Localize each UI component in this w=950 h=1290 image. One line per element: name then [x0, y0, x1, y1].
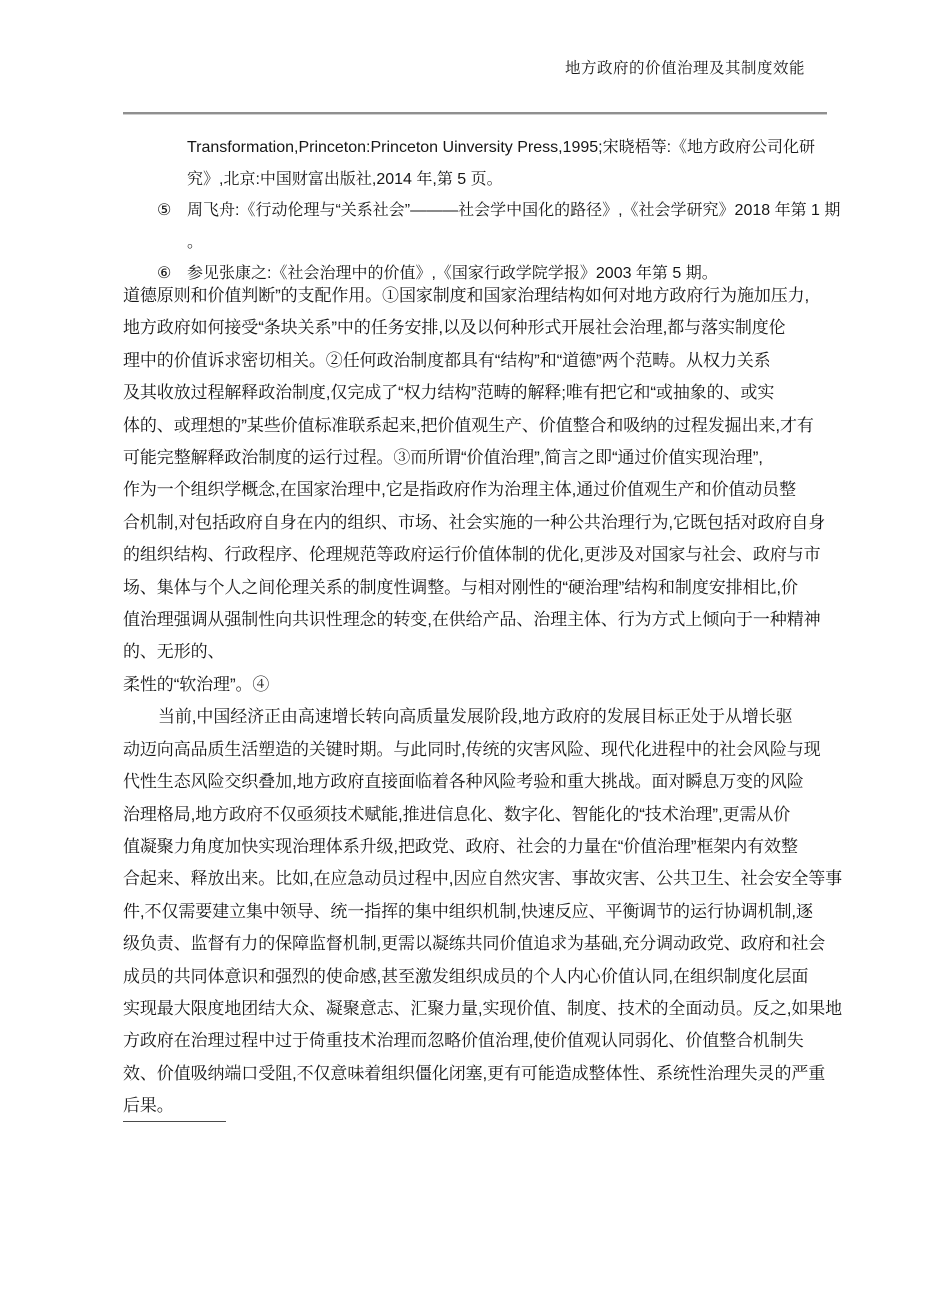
- body-text-block: 道德原则和价值判断”的支配作用。①国家制度和国家治理结构如何对地方政府行为施加压…: [123, 280, 843, 1123]
- body-text-line: 柔性的“软治理”。④: [123, 669, 843, 701]
- body-text-line: 场、集体与个人之间伦理关系的制度性调整。与相对刚性的“硬治理”结构和制度安排相比…: [123, 572, 843, 604]
- footnote-text: Transformation,Princeton:Princeton Uinve…: [187, 139, 815, 156]
- footnote-text: 周飞舟:《行动伦理与“关系社会”———社会学中国化的路径》,《社会学研究》201…: [187, 202, 840, 219]
- body-text-line: 成员的共同体意识和强烈的使命感,甚至激发组织成员的个人内心价值认同,在组织制度化…: [123, 961, 843, 993]
- footnote-marker: ⑤: [157, 195, 171, 227]
- body-text-line: 值治理强调从强制性向共识性理念的转变,在供给产品、治理主体、行为方式上倾向于一种…: [123, 604, 843, 636]
- body-text-line: 合起来、释放出来。比如,在应急动员过程中,因应自然灾害、事故灾害、公共卫生、社会…: [123, 863, 843, 895]
- body-text-line: 动迈向高品质生活塑造的关键时期。与此同时,传统的灾害风险、现代化进程中的社会风险…: [123, 734, 843, 766]
- footnote-line: 究》,北京:中国财富出版社,2014 年,第 5 页。: [123, 164, 839, 196]
- body-text-line: 值凝聚力角度加快实现治理体系升级,把政党、政府、社会的力量在“价值治理”框架内有…: [123, 831, 843, 863]
- body-text-line: 件,不仅需要建立集中领导、统一指挥的集中组织机制,快速反应、平衡调节的运行协调机…: [123, 896, 843, 928]
- footnotes-section: Transformation,Princeton:Princeton Uinve…: [123, 132, 839, 290]
- body-text-line: 理中的价值诉求密切相关。②任何政治制度都具有“结构”和“道德”两个范畴。从权力关…: [123, 345, 843, 377]
- body-text-line: 当前,中国经济正由高速增长转向高质量发展阶段,地方政府的发展目标正处于从增长驱: [123, 701, 843, 733]
- body-text-line: 代性生态风险交织叠加,地方政府直接面临着各种风险考验和重大挑战。面对瞬息万变的风…: [123, 766, 843, 798]
- document-page: 地方政府的价值治理及其制度效能 Transformation,Princeton…: [0, 0, 950, 1290]
- footnote-separator-rule: [123, 1121, 226, 1122]
- body-text-line: 的、无形的、: [123, 636, 843, 668]
- body-text-line: 后果。: [123, 1090, 843, 1122]
- body-text-line: 可能完整解释政治制度的运行过程。③而所谓“价值治理”,简言之即“通过价值实现治理…: [123, 442, 843, 474]
- body-text-line: 方政府在治理过程中过于倚重技术治理而忽略价值治理,使价值观认同弱化、价值整合机制…: [123, 1025, 843, 1057]
- body-text-line: 合机制,对包括政府自身在内的组织、市场、社会实施的一种公共治理行为,它既包括对政…: [123, 507, 843, 539]
- body-text-line: 作为一个组织学概念,在国家治理中,它是指政府作为治理主体,通过价值观生产和价值动…: [123, 474, 843, 506]
- body-text-line: 效、价值吸纳端口受阻,不仅意味着组织僵化闭塞,更有可能造成整体性、系统性治理失灵…: [123, 1058, 843, 1090]
- body-text-line: 体的、或理想的”某些价值标准联系起来,把价值观生产、价值整合和吸纳的过程发掘出来…: [123, 410, 843, 442]
- body-text-line: 道德原则和价值判断”的支配作用。①国家制度和国家治理结构如何对地方政府行为施加压…: [123, 280, 843, 312]
- body-text-line: 级负责、监督有力的保障监督机制,更需以凝练共同价值追求为基础,充分调动政党、政府…: [123, 928, 843, 960]
- body-text-line: 的组织结构、行政程序、伦理规范等政府运行价值体制的优化,更涉及对国家与社会、政府…: [123, 539, 843, 571]
- body-text-line: 及其收放过程解释政治制度,仅完成了“权力结构”范畴的解释;唯有把它和“或抽象的、…: [123, 377, 843, 409]
- running-header-title: 地方政府的价值治理及其制度效能: [565, 57, 805, 81]
- footnote-line: ⑤ 周飞舟:《行动伦理与“关系社会”———社会学中国化的路径》,《社会学研究》2…: [123, 195, 839, 227]
- body-text-line: 治理格局,地方政府不仅亟须技术赋能,推进信息化、数字化、智能化的“技术治理”,更…: [123, 799, 843, 831]
- body-text-line: 地方政府如何接受“条块关系”中的任务安排,以及以何种形式开展社会治理,都与落实制…: [123, 312, 843, 344]
- footnote-text: 究》,北京:中国财富出版社,2014 年,第 5 页。: [187, 171, 503, 188]
- footnote-line: 。: [123, 227, 839, 259]
- footnote-line: Transformation,Princeton:Princeton Uinve…: [123, 132, 839, 164]
- header-divider-rule: [123, 112, 827, 115]
- body-text-line: 实现最大限度地团结大众、凝聚意志、汇聚力量,实现价值、制度、技术的全面动员。反之…: [123, 993, 843, 1025]
- footnote-text: 。: [187, 234, 203, 251]
